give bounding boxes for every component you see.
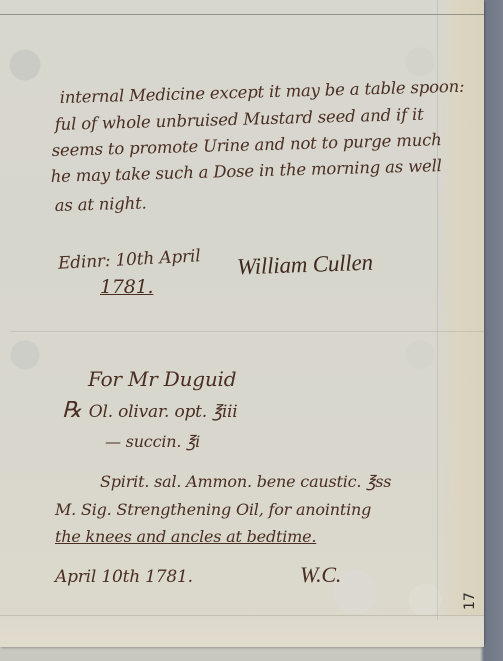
prescription-item-3: Spirit. sal. Ammon. bene caustic. ℥ss <box>100 472 391 491</box>
letter-line-1: internal Medicine except it may be a tab… <box>59 77 464 107</box>
prescription-item-1-text: Ol. olivar. opt. ℥iii <box>89 402 238 422</box>
prescription-item-1: ℞ Ol. olivar. opt. ℥iii <box>62 398 238 423</box>
letter-line-5: as at night. <box>54 193 146 215</box>
letter-line-2: ful of whole unbruised Mustard seed and … <box>54 105 423 134</box>
letter-line-4: he may take such a Dose in the morning a… <box>50 156 441 186</box>
fold-line-top <box>0 14 484 15</box>
page-bottom-margin <box>0 615 484 647</box>
prescription-heading: For Mr Duguid <box>88 367 236 391</box>
letter-line-3: seems to promote Urine and not to purge … <box>51 130 441 160</box>
folio-number: 17 <box>462 592 478 610</box>
rx-symbol-icon: ℞ <box>62 398 82 423</box>
signature: William Cullen <box>237 250 374 281</box>
fold-line-middle <box>10 331 485 332</box>
prescription-item-4: M. Sig. Strengthening Oil, for anointing <box>55 500 371 519</box>
fold-line-bottom <box>0 615 484 616</box>
letter-date: Edinr: 10th April <box>58 246 201 273</box>
prescription-item-2: — succin. ℥i <box>105 432 200 451</box>
manuscript-page: internal Medicine except it may be a tab… <box>0 0 484 647</box>
prescription-item-5: the knees and ancles at bedtime. <box>55 527 316 546</box>
letter-year: 1781. <box>100 276 153 298</box>
prescription-initials: W.C. <box>300 562 341 588</box>
prescription-date: April 10th 1781. <box>55 567 193 587</box>
page-edge-discoloration <box>440 0 484 647</box>
